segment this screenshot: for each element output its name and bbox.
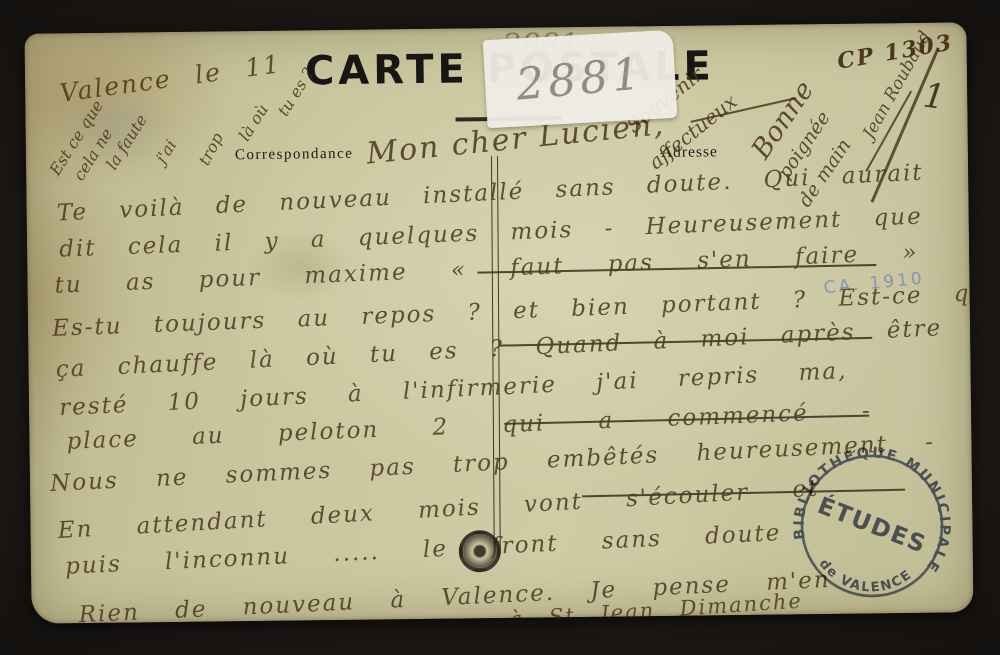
margin-note-6: là où <box>235 101 272 145</box>
archival-sticker: 2881 <box>483 30 678 128</box>
postcard-back: CARTE POSTALE Correspondance Adresse 288… <box>24 22 973 623</box>
scanned-postcard-photo: { "colors": { "card_bg": "#c9c69f", "ink… <box>0 0 1000 655</box>
publisher-logo-stamp <box>459 530 502 573</box>
correspondance-label: Correspondance <box>235 146 354 164</box>
margin-note-5: trop <box>195 130 227 169</box>
stamp-center-text: ÉTUDES <box>814 491 931 559</box>
stamp-bottom-text: de VALENCE <box>812 547 918 606</box>
corner-numeral: 1 <box>921 75 948 117</box>
stamp-arc-text: BIBLIOTHEQUE MUNICIPALE <box>786 429 969 578</box>
sticker-number: 2881 <box>514 48 646 110</box>
stamp-arc-textpath: BIBLIOTHEQUE MUNICIPALE <box>786 429 969 578</box>
stamp-bottom-textpath: de VALENCE <box>812 547 918 606</box>
margin-note-4: j'ai <box>151 136 180 166</box>
